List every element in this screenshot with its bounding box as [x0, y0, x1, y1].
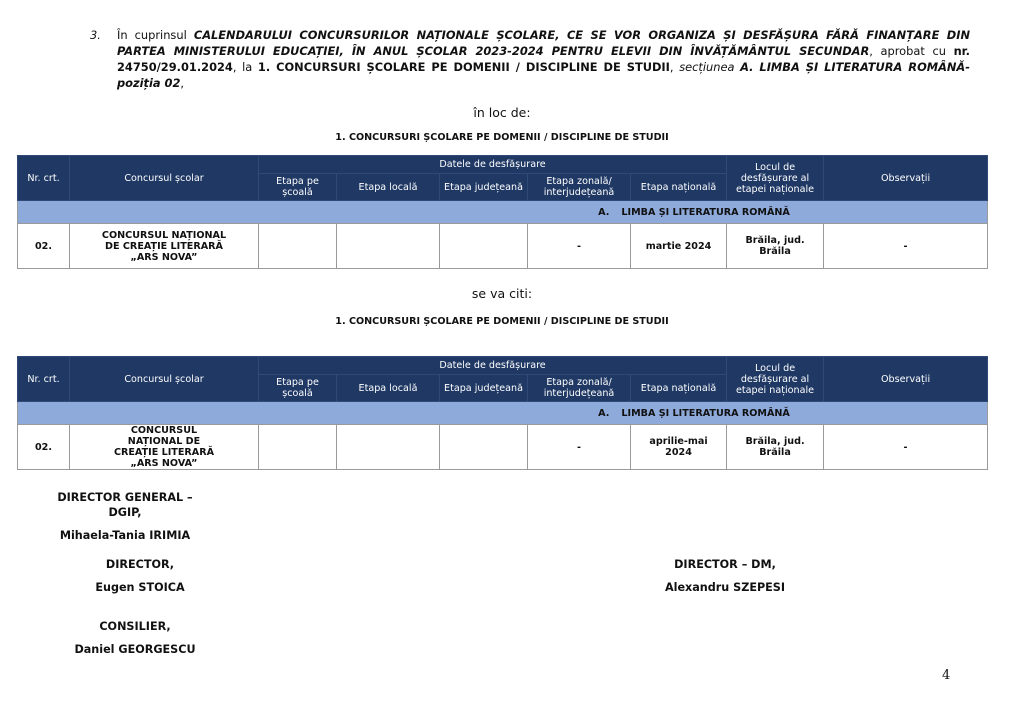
- cell-observations: -: [824, 425, 988, 470]
- cell-contest: CONCURSUL NAȚIONAL DE CREAȚIE LITERARĂ „…: [70, 425, 259, 470]
- comma: ,: [670, 60, 679, 74]
- dm-title: DIRECTOR – DM,: [640, 557, 810, 572]
- approved-text: , aprobat cu: [869, 44, 953, 58]
- section-letter: A.: [598, 207, 609, 218]
- signature-dm: DIRECTOR – DM, Alexandru SZEPESI: [640, 557, 810, 603]
- section-word: secțiunea: [679, 60, 740, 74]
- director-title: DIRECTOR,: [60, 557, 220, 572]
- cell-county-stage: [440, 224, 528, 269]
- cell-observations: -: [824, 224, 988, 269]
- header-contest: Concursul școlar: [70, 156, 259, 201]
- header-observations: Observații: [824, 357, 988, 402]
- director-name: Eugen STOICA: [60, 580, 220, 595]
- calendar-table-new: Nr. crt. Concursul școlar Datele de desf…: [17, 356, 988, 470]
- calendar-table-old: Nr. crt. Concursul școlar Datele de desf…: [17, 155, 988, 269]
- page-number: 4: [942, 668, 950, 683]
- signature-dgip: DIRECTOR GENERAL – DGIP, Mihaela-Tania I…: [40, 490, 210, 551]
- cell-nr: 02.: [18, 425, 70, 470]
- cell-zonal-stage: -: [528, 224, 631, 269]
- header-nr: Nr. crt.: [18, 156, 70, 201]
- section-row: A.LIMBA ȘI LITERATURA ROMÂNĂ: [18, 402, 988, 425]
- dgip-name: Mihaela-Tania IRIMIA: [40, 528, 210, 543]
- instead-of-label: în loc de:: [0, 105, 1004, 120]
- section-row: A.LIMBA ȘI LITERATURA ROMÂNĂ: [18, 201, 988, 224]
- table-caption-old: 1. CONCURSURI ȘCOLARE PE DOMENII / DISCI…: [0, 132, 1004, 143]
- calendar-title: CALENDARULUI CONCURSURILOR NAȚIONALE ȘCO…: [117, 28, 970, 58]
- header-dates-group: Datele de desfășurare: [259, 357, 727, 375]
- header-local-stage: Etapa locală: [337, 174, 440, 201]
- cell-local-stage: [337, 224, 440, 269]
- header-zonal-stage: Etapa zonală/ interjudețeană: [528, 375, 631, 402]
- header-dates-group: Datele de desfășurare: [259, 156, 727, 174]
- header-location: Locul de desfășurare al etapei naționale: [727, 156, 824, 201]
- header-county-stage: Etapa județeană: [440, 174, 528, 201]
- cell-location: Brăila, jud. Brăila: [727, 224, 824, 269]
- signature-director: DIRECTOR, Eugen STOICA: [60, 557, 220, 603]
- dgip-title: DIRECTOR GENERAL – DGIP,: [40, 490, 210, 520]
- header-observations: Observații: [824, 156, 988, 201]
- table-row: 02. CONCURSUL NAȚIONAL DE CREAȚIE LITERA…: [18, 425, 988, 470]
- advisor-title: CONSILIER,: [50, 619, 220, 634]
- section-letter: A.: [598, 408, 609, 419]
- cell-zonal-stage: -: [528, 425, 631, 470]
- cell-nr: 02.: [18, 224, 70, 269]
- cell-school-stage: [259, 224, 337, 269]
- table-caption-new: 1. CONCURSURI ȘCOLARE PE DOMENII / DISCI…: [0, 316, 1004, 327]
- amendment-paragraph: 3. În cuprinsul CALENDARULUI CONCURSURIL…: [90, 27, 970, 91]
- will-read-label: se va citi:: [0, 286, 1004, 301]
- advisor-name: Daniel GEORGESCU: [50, 642, 220, 657]
- dm-name: Alexandru SZEPESI: [640, 580, 810, 595]
- table-row: 02. CONCURSUL NAȚIONAL DE CREAȚIE LITERA…: [18, 224, 988, 269]
- section-name: LIMBA ȘI LITERATURA ROMÂNĂ: [621, 408, 789, 419]
- cell-school-stage: [259, 425, 337, 470]
- cell-national-stage: martie 2024: [631, 224, 727, 269]
- header-zonal-stage: Etapa zonală/ interjudețeană: [528, 174, 631, 201]
- cell-location: Brăila, jud. Brăila: [727, 425, 824, 470]
- header-nr: Nr. crt.: [18, 357, 70, 402]
- header-school-stage: Etapa pe școală: [259, 375, 337, 402]
- header-national-stage: Etapa națională: [631, 375, 727, 402]
- item-number: 3.: [90, 27, 101, 43]
- header-local-stage: Etapa locală: [337, 375, 440, 402]
- intro-lead: În cuprinsul: [117, 28, 194, 42]
- signature-advisor: CONSILIER, Daniel GEORGESCU: [50, 619, 220, 665]
- cell-local-stage: [337, 425, 440, 470]
- header-school-stage: Etapa pe școală: [259, 174, 337, 201]
- cell-county-stage: [440, 425, 528, 470]
- chapter-reference: 1. CONCURSURI ȘCOLARE PE DOMENII / DISCI…: [258, 60, 670, 74]
- cell-national-stage: aprilie-mai 2024: [631, 425, 727, 470]
- header-county-stage: Etapa județeană: [440, 375, 528, 402]
- header-location: Locul de desfășurare al etapei naționale: [727, 357, 824, 402]
- section-name: LIMBA ȘI LITERATURA ROMÂNĂ: [621, 207, 789, 218]
- cell-contest: CONCURSUL NAȚIONAL DE CREAȚIE LITERARĂ „…: [70, 224, 259, 269]
- at-text: , la: [233, 60, 258, 74]
- header-contest: Concursul școlar: [70, 357, 259, 402]
- tail: ,: [180, 76, 184, 90]
- header-national-stage: Etapa națională: [631, 174, 727, 201]
